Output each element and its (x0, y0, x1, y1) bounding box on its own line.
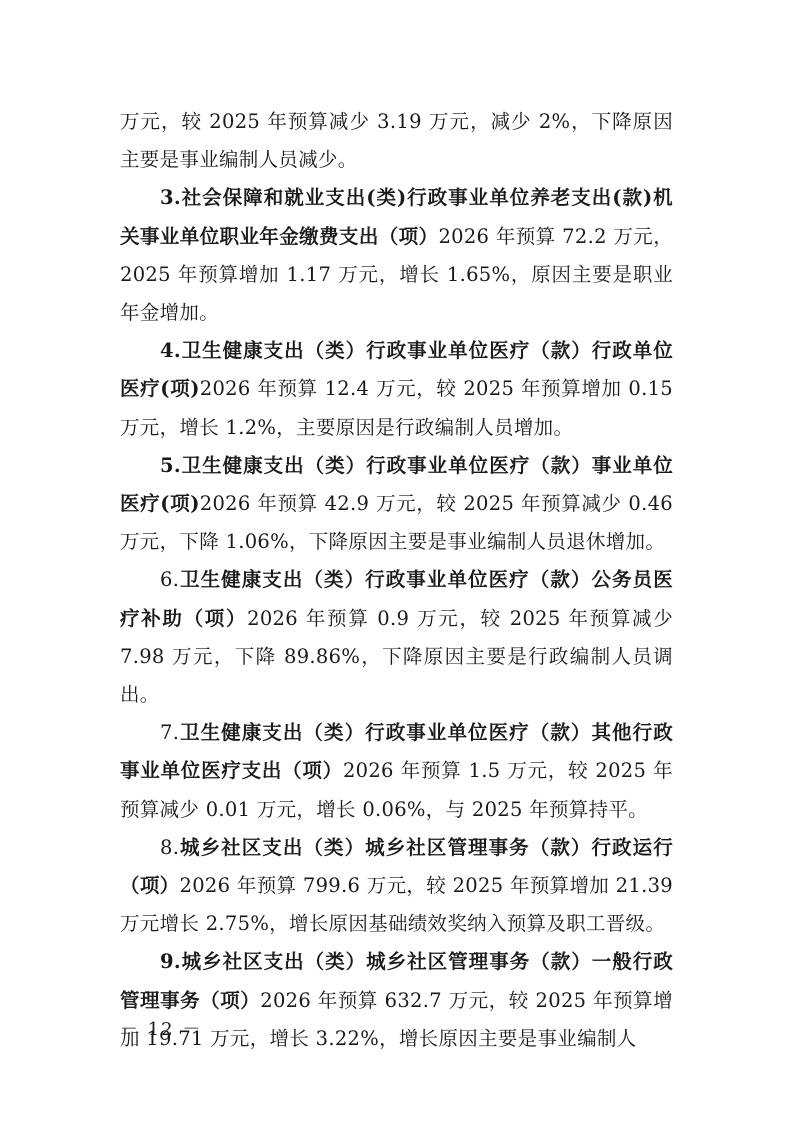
document-page: 万元，较 2025 年预算减少 3.19 万元，减少 2%，下降原因主要是事业编… (120, 103, 673, 1058)
paragraph-item-9: 9.城乡社区支出（类）城乡社区管理事务（款）一般行政管理事务（项）2026 年预… (120, 943, 673, 1058)
paragraph-item-6: 6.卫生健康支出（类）行政事业单位医疗（款）公务员医疗补助（项）2026 年预算… (120, 561, 673, 714)
paragraph-text: 2026 年预算 799.6 万元，较 2025 年预算增加 21.39 万元增… (120, 874, 673, 935)
item-number: 3. (160, 186, 181, 209)
paragraph-item-4: 4.卫生健康支出（类）行政事业单位医疗（款）行政单位医疗(项)2026 年预算 … (120, 332, 673, 447)
paragraph-item-7: 7.卫生健康支出（类）行政事业单位医疗（款）其他行政事业单位医疗支出（项）202… (120, 714, 673, 829)
item-number: 9. (160, 950, 181, 973)
paragraph-item-8: 8.城乡社区支出（类）城乡社区管理事务（款）行政运行（项）2026 年预算 79… (120, 829, 673, 944)
item-number: 5. (160, 454, 181, 477)
paragraph-text: 2026 年预算 42.9 万元，较 2025 年预算减少 0.46 万元，下降… (120, 492, 673, 553)
item-number: 7. (160, 721, 179, 744)
item-number: 8. (160, 836, 179, 859)
page-number: － 12 － (120, 1015, 202, 1041)
paragraph-item-3: 3.社会保障和就业支出(类)行政事业单位养老支出(款)机关事业单位职业年金缴费支… (120, 179, 673, 332)
paragraph-text: 万元，较 2025 年预算减少 3.19 万元，减少 2%，下降原因主要是事业编… (120, 110, 673, 171)
paragraph-continuation: 万元，较 2025 年预算减少 3.19 万元，减少 2%，下降原因主要是事业编… (120, 103, 673, 179)
paragraph-text: 2026 年预算 12.4 万元，较 2025 年预算增加 0.15 万元，增长… (120, 377, 673, 438)
item-number: 4. (160, 339, 181, 362)
item-number: 6. (160, 568, 179, 591)
paragraph-item-5: 5.卫生健康支出（类）行政事业单位医疗（款）事业单位医疗(项)2026 年预算 … (120, 447, 673, 562)
